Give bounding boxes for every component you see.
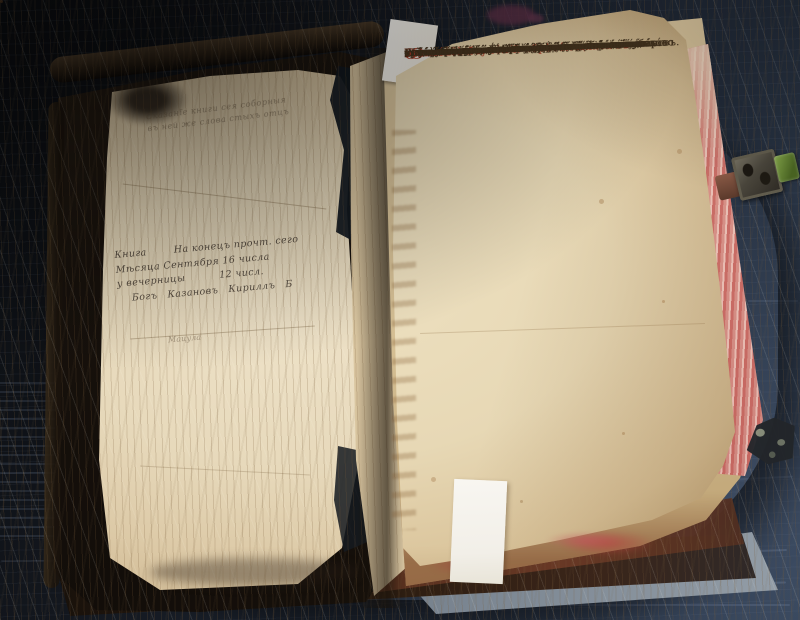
torn-edge-stains bbox=[392, 130, 416, 530]
footer-mark: а bbox=[404, 46, 410, 62]
white-bookmark-bottom bbox=[450, 479, 507, 584]
red-smudge bbox=[545, 532, 625, 549]
photo-old-book: Сказанїе книги сея соборныявъ ней же сло… bbox=[0, 0, 800, 620]
purple-stain bbox=[528, 14, 544, 23]
purple-stain bbox=[487, 5, 535, 25]
foxing-spots bbox=[0, 0, 3, 3]
